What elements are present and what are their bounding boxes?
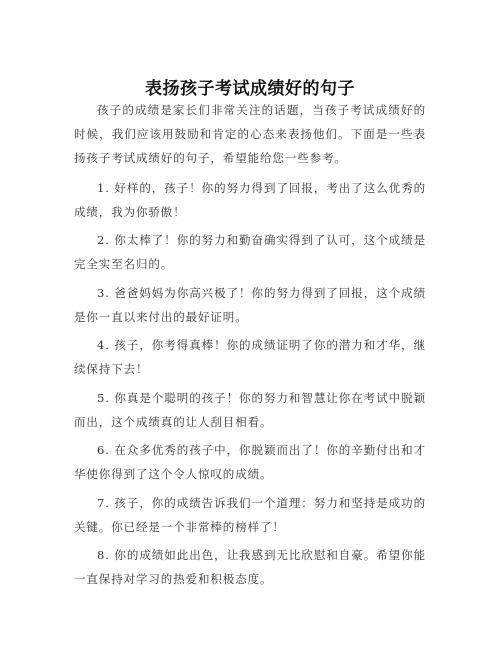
- list-item-2: 2. 你太棒了！你的努力和勤奋确实得到了认可，这个成绩是完全实至名归的。: [74, 228, 426, 276]
- document-title: 表扬孩子考试成绩好的句子: [0, 78, 500, 100]
- list-item-4: 4. 孩子，你考得真棒！你的成绩证明了你的潜力和才华，继续保持下去！: [74, 333, 426, 381]
- list-item-7: 7. 孩子，你的成绩告诉我们一个道理：努力和坚持是成功的关键。你已经是一个非常棒…: [74, 491, 426, 539]
- list-item-5: 5. 你真是个聪明的孩子！你的努力和智慧让你在考试中脱颖而出，这个成绩真的让人刮…: [74, 386, 426, 434]
- list-item-3: 3. 爸爸妈妈为你高兴极了！你的努力得到了回报，这个成绩是你一直以来付出的最好证…: [74, 281, 426, 329]
- list-item-6: 6. 在众多优秀的孩子中，你脱颖而出了！你的辛勤付出和才华使你得到了这个令人惊叹…: [74, 438, 426, 486]
- intro-paragraph: 孩子的成绩是家长们非常关注的话题，当孩子考试成绩好的时候，我们应该用鼓励和肯定的…: [74, 98, 426, 170]
- list-item-8: 8. 你的成绩如此出色，让我感到无比欣慰和自豪。希望你能一直保持对学习的热爱和积…: [74, 543, 426, 591]
- document-page: 表扬孩子考试成绩好的句子 孩子的成绩是家长们非常关注的话题，当孩子考试成绩好的时…: [0, 0, 500, 647]
- list-item-1: 1. 好样的，孩子！你的努力得到了回报，考出了这么优秀的成绩，我为你骄傲！: [74, 176, 426, 224]
